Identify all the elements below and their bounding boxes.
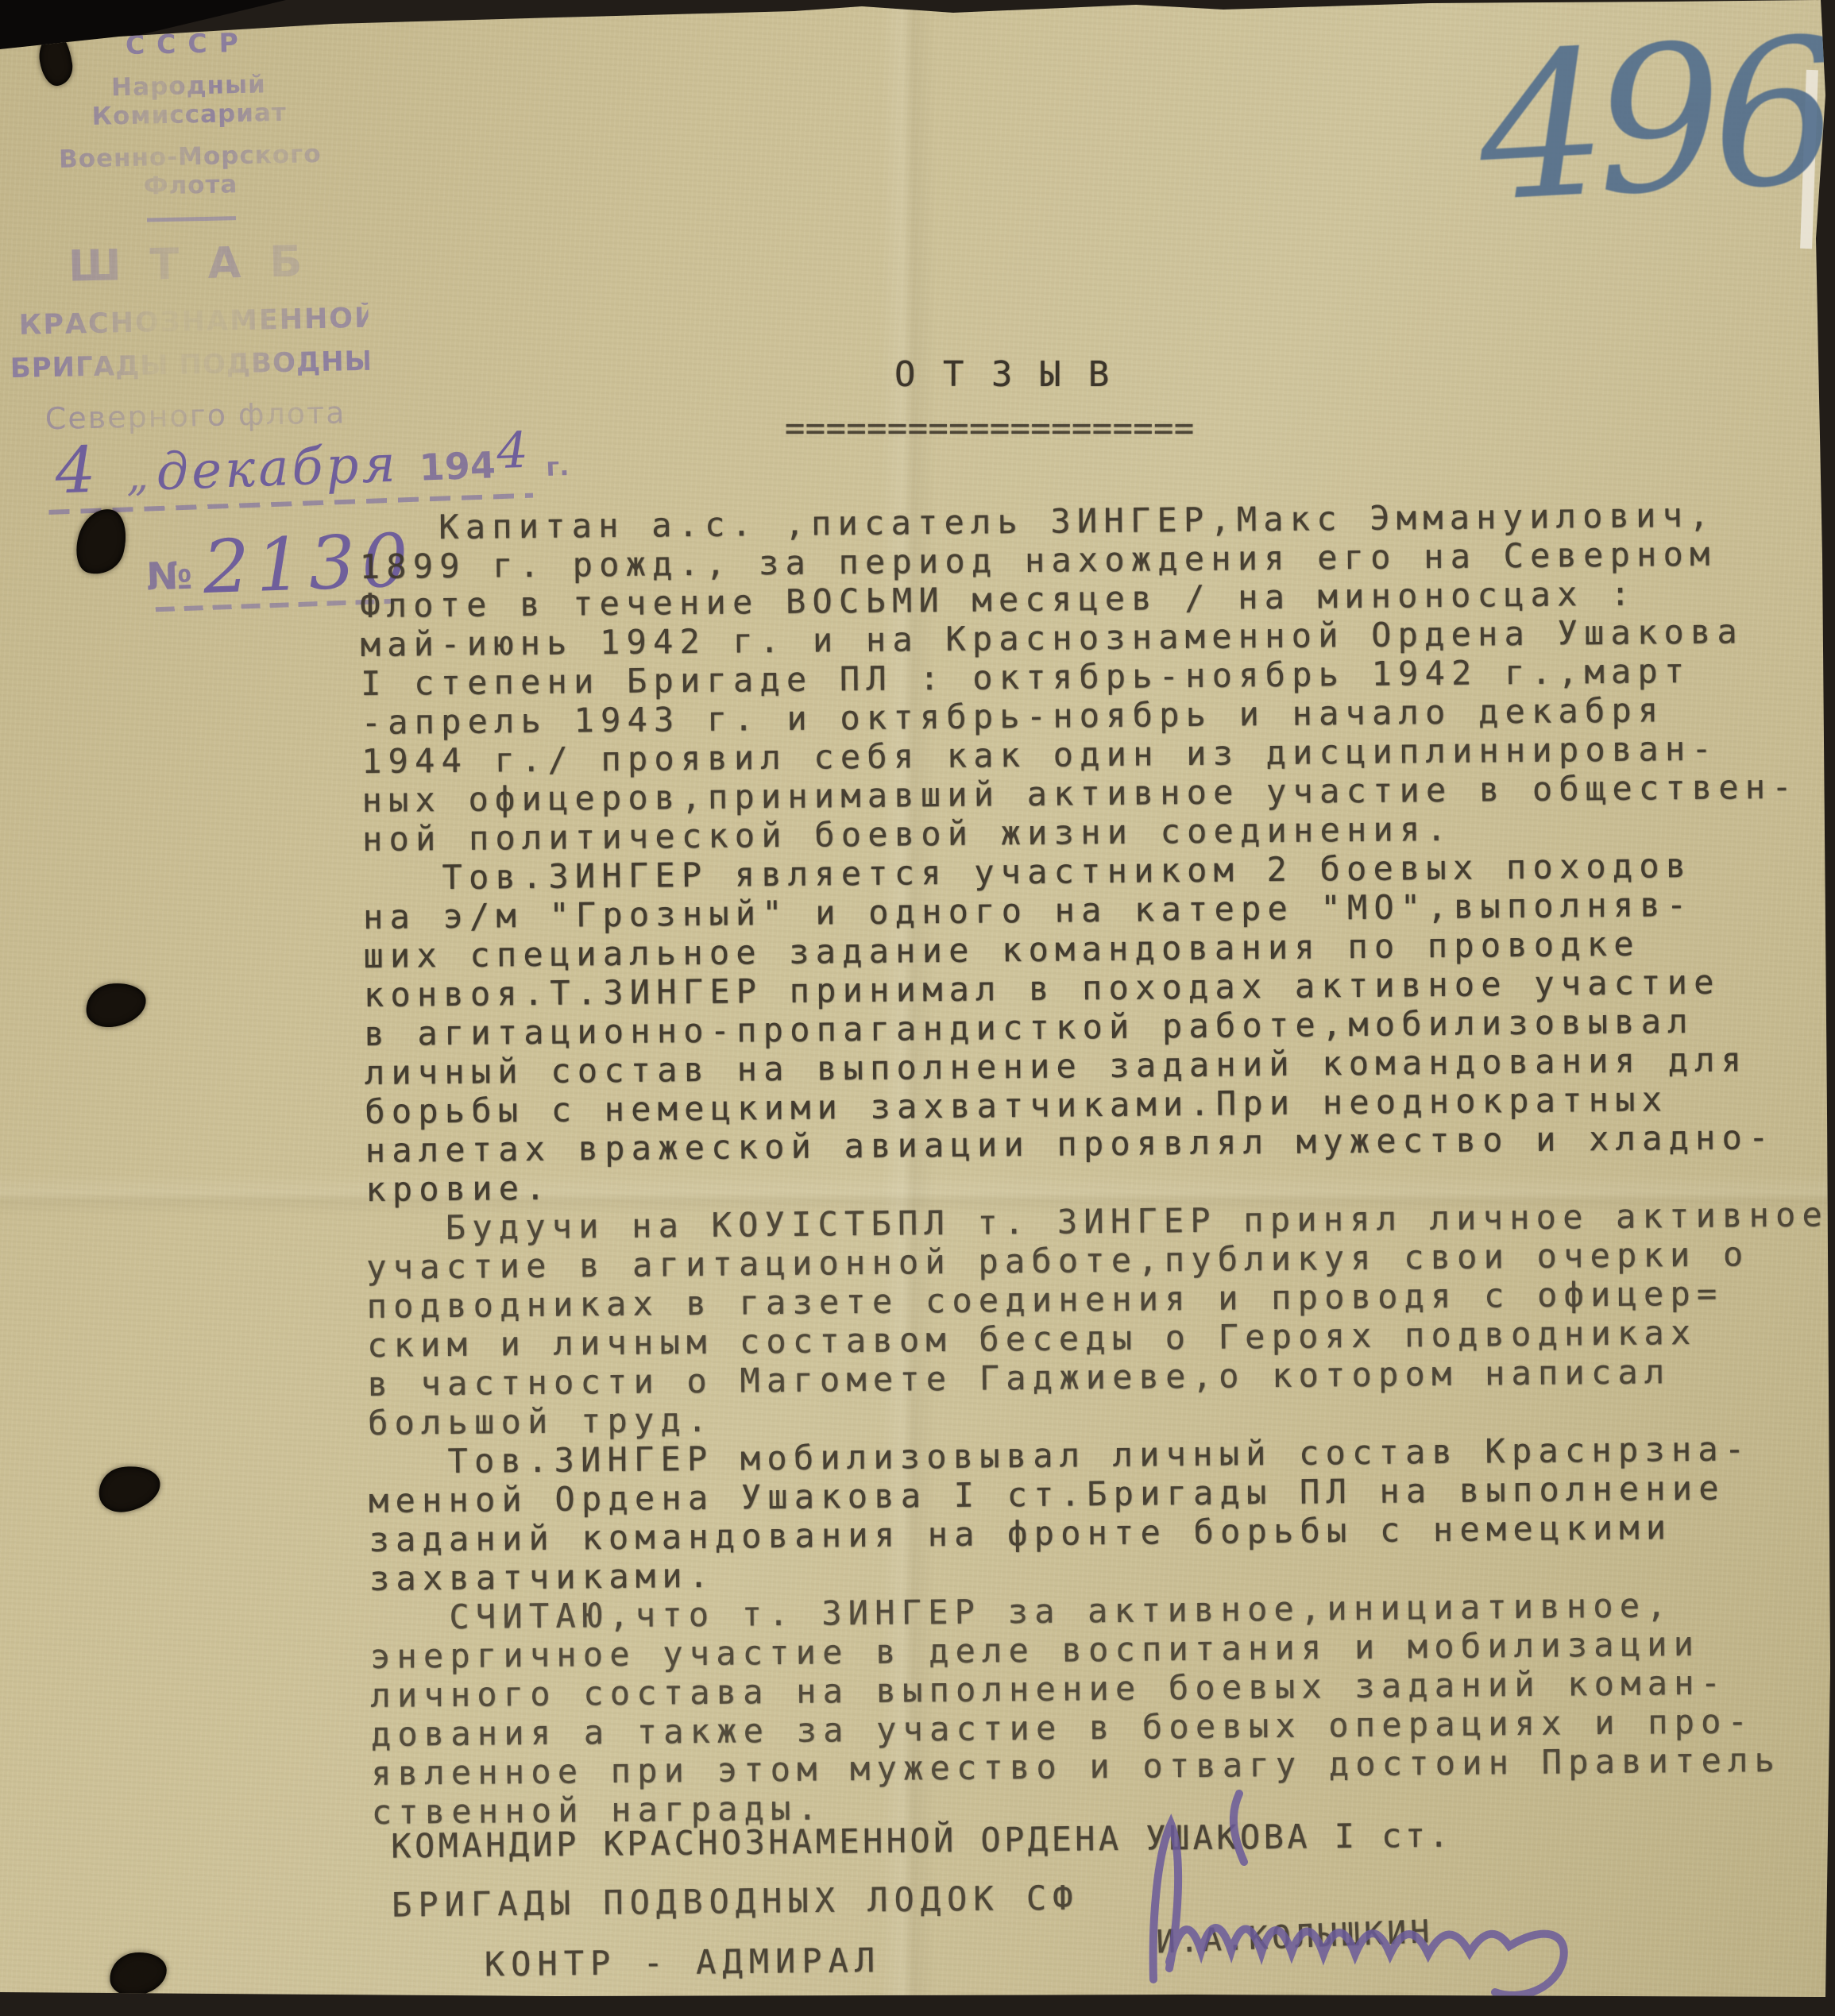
stamp-unit-line1: ШТАБ [32,235,368,292]
date-day-handwritten: 4 [54,433,97,508]
typed-body-text: Капитан а.с. ,писатель ЗИНГЕР,Макс Эмман… [359,494,1835,1832]
paragraph-4: Тов.ЗИНГЕР мобилизовывал личный состав К… [368,1428,1835,1598]
number-sign-stamped: № [145,554,193,600]
closing-brigade-line: БРИГАДЫ ПОДВОДНЫХ ЛОДОК СФ [392,1879,1080,1925]
paragraph-5: СЧИТАЮ,что т. ЗИНГЕР за активное,инициат… [369,1584,1835,1832]
letterhead-stamp: СССР Народный Комиссариат Военно-Морског… [13,25,371,437]
closing-block: КОМАНДИР КРАСНОЗНАМЕННОЙ ОРДЕНА УШАКОВА … [359,1812,1835,2016]
paragraph-1: Капитан а.с. ,писатель ЗИНГЕР,Макс Эмман… [359,494,1835,859]
date-year-suffix: г. [546,451,570,482]
stamp-divider-rule [147,216,236,222]
paragraph-2: Тов.ЗИНГЕР является участником 2 боевых … [362,844,1835,1209]
date-month-handwritten: декабря [155,435,400,503]
stamp-unit-line3: БРИГАДЫ ПОДВОДНЫХ ЛОДОК [10,346,369,384]
closing-rank-line: КОНТР - АДМИРАЛ [485,1941,882,1983]
document-title: О Т З Ы В [894,354,1112,395]
title-underline-rule: ==================== [785,408,1195,447]
folio-number-pencil: 496 [1474,0,1834,246]
stamp-org-line2: Военно-Морского Флота [15,139,365,203]
scanned-document-page: СССР Народный Комиссариат Военно-Морског… [0,0,1835,2016]
punch-hole [108,1950,168,1998]
date-year-stamped: 194 [419,443,496,489]
stamp-unit-line2: КРАСНОЗНАМЕННОЙ [18,303,369,342]
date-open-quote: „ [126,450,149,501]
punch-hole [83,980,149,1030]
date-year-handwritten: 4 [496,421,529,480]
paper-sheet: СССР Народный Комиссариат Военно-Морског… [0,0,1835,2016]
closing-typed-name: И.А.КОЛЫШКИН [1156,1914,1434,1960]
paragraph-3: Будучи на КОУIСТБПЛ т. ЗИНГЕР принял лич… [365,1195,1835,1442]
punch-hole [95,1462,164,1516]
